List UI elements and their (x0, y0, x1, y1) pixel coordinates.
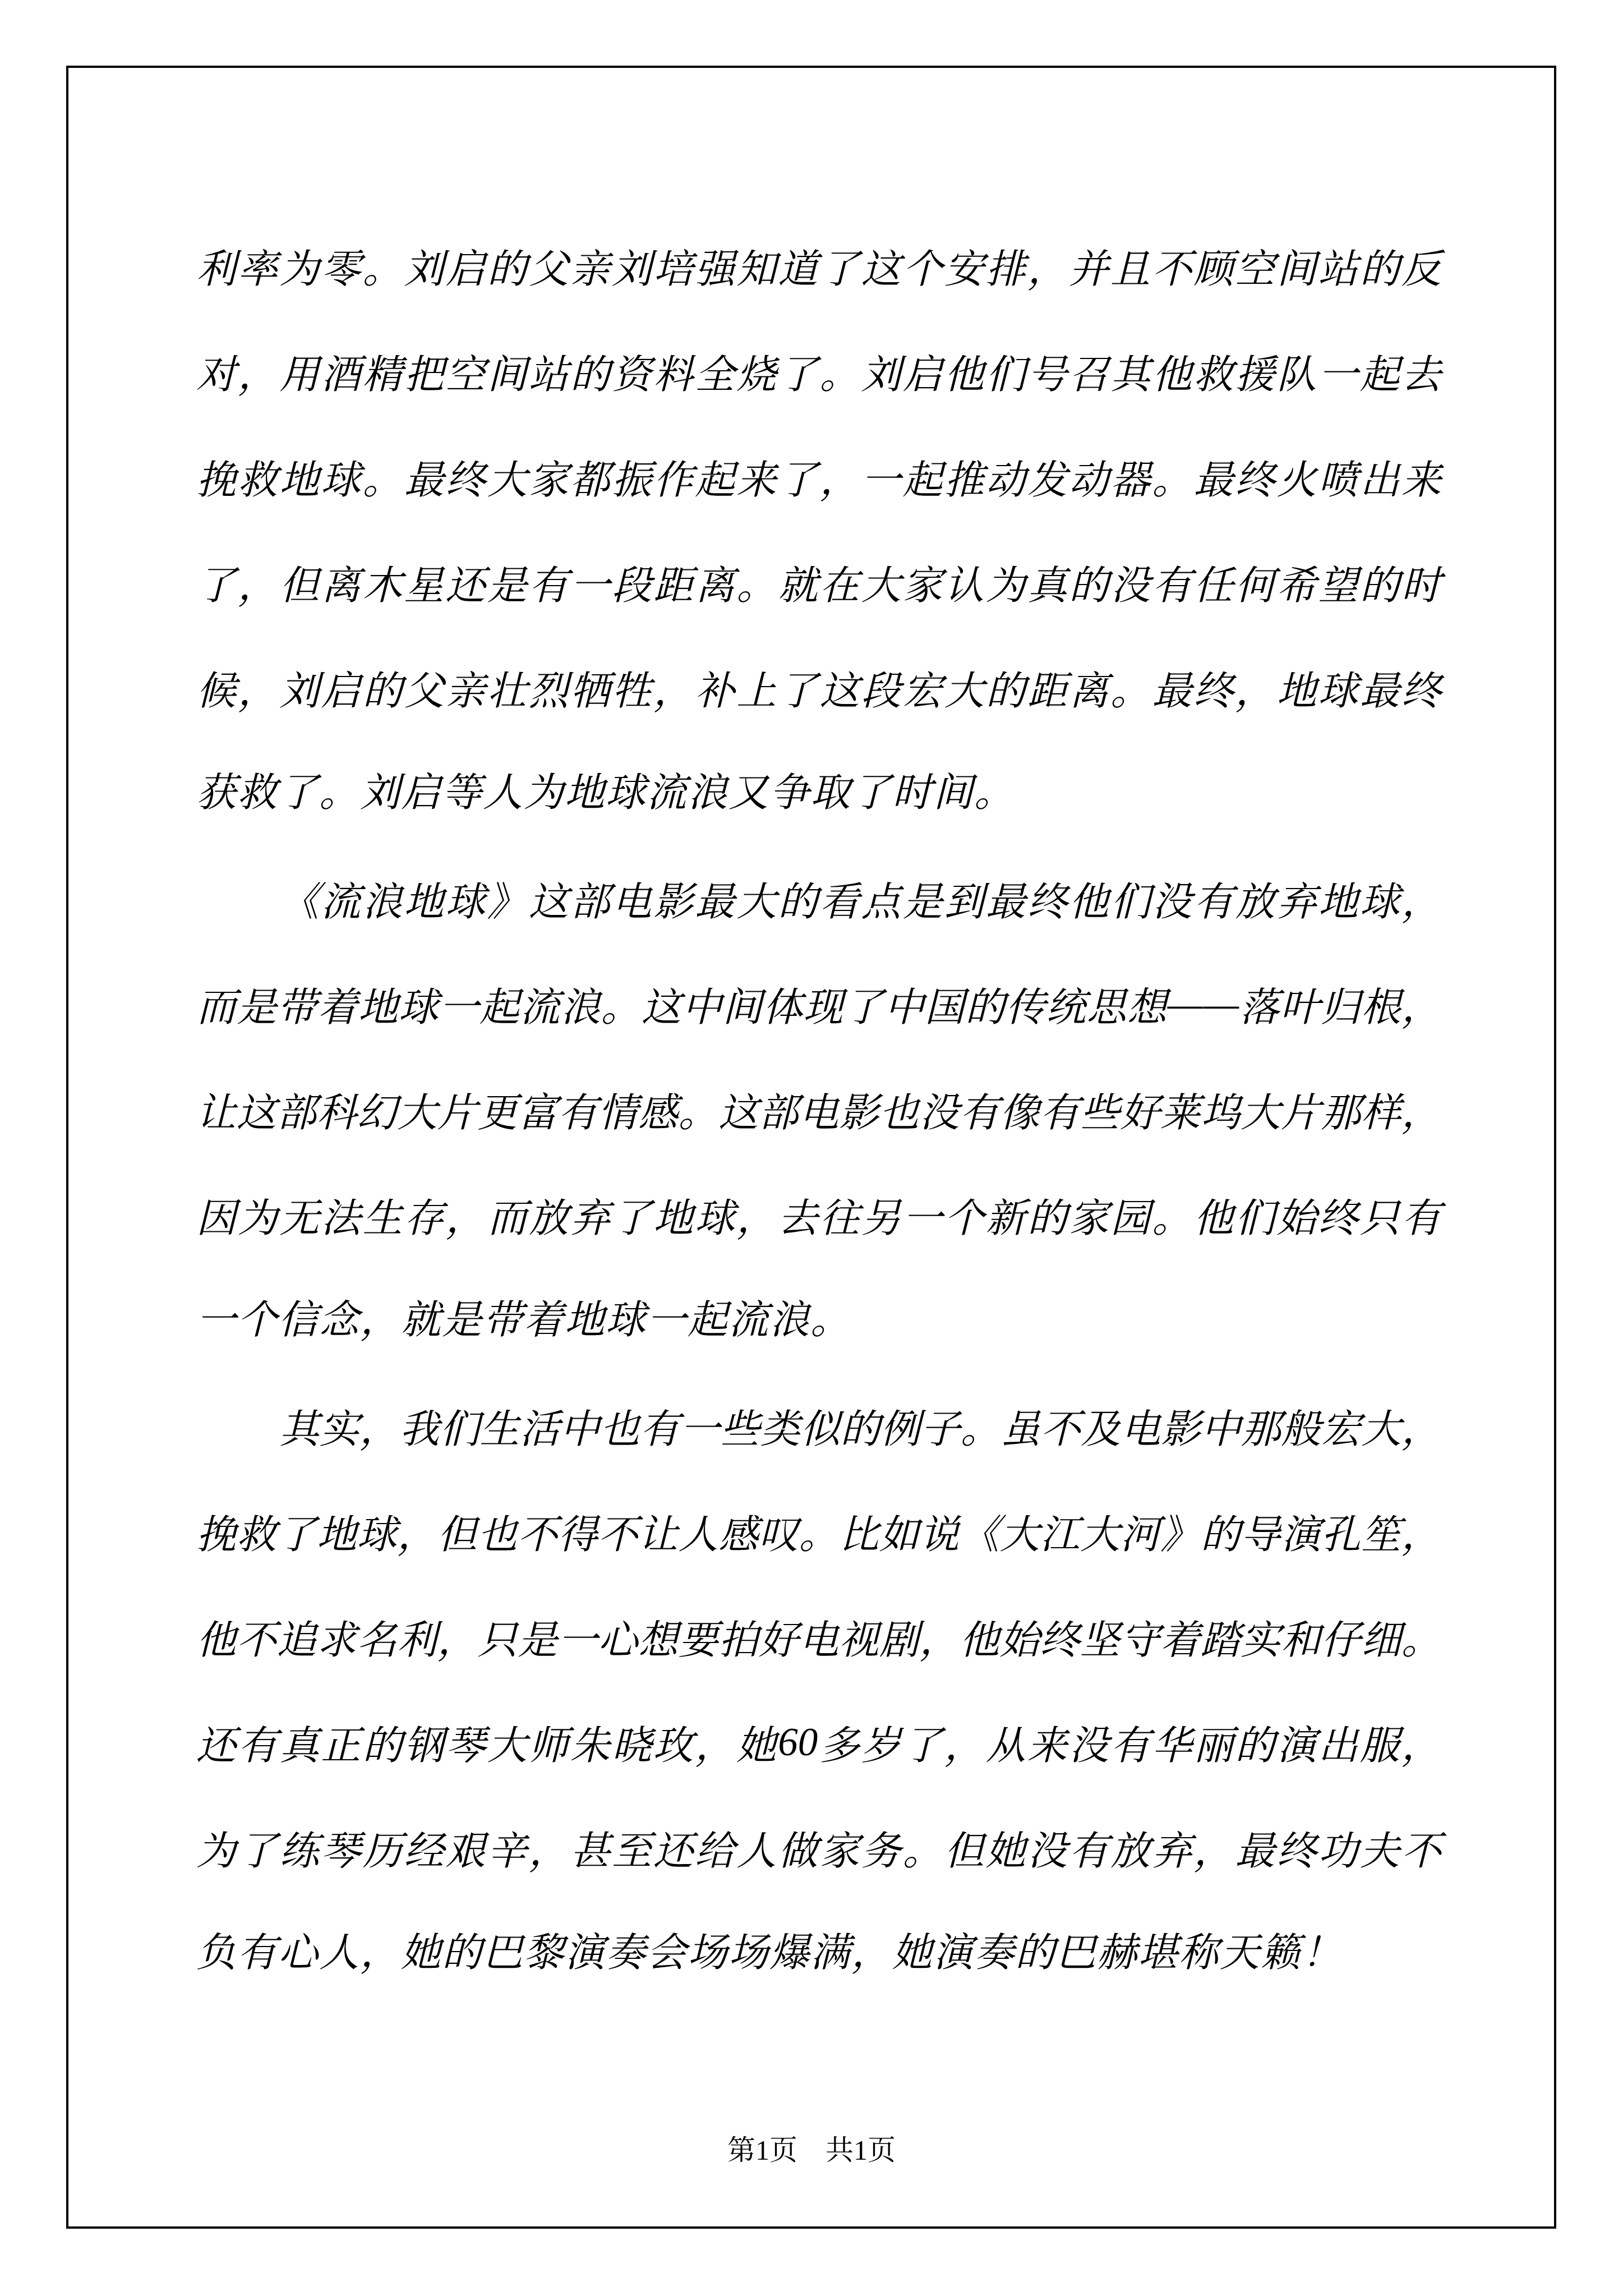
page-number-text: 第1页 共1页 (727, 2134, 896, 2166)
text-line: 挽救了地球，但也不得不让人感叹。比如说《大江大河》的导演孔笙， (196, 1479, 1441, 1584)
text-line: 其实，我们生活中也有一些类似的例子。虽不及电影中那般宏大， (196, 1373, 1441, 1479)
text-line: 因为无法生存，而放弃了地球，去往另一个新的家园。他们始终只有 (196, 1162, 1441, 1268)
text-line: 让这部科幻大片更富有情感。这部电影也没有像有些好莱坞大片那样， (196, 1057, 1441, 1162)
text-line: 负有心人，她的巴黎演奏会场场爆满，她演奏的巴赫堪称天籁！ (196, 1901, 1441, 2006)
text-line: 还有真正的钢琴大师朱晓玫，她60多岁了，从来没有华丽的演出服， (196, 1690, 1441, 1795)
text-line: 而是带着地球一起流浪。这中间体现了中国的传统思想——落叶归根， (196, 951, 1441, 1057)
text-line: 一个信念，就是带着地球一起流浪。 (196, 1268, 1441, 1373)
text-line: 了，但离木星还是有一段距离。就在大家认为真的没有任何希望的时 (196, 530, 1441, 635)
text-line: 《流浪地球》这部电影最大的看点是到最终他们没有放弃地球， (196, 846, 1441, 951)
text-line: 对，用酒精把空间站的资料全烧了。刘启他们号召其他救援队一起去 (196, 319, 1441, 424)
text-line: 挽救地球。最终大家都振作起来了，一起推动发动器。最终火喷出来 (196, 424, 1441, 530)
essay-body: 利率为零。刘启的父亲刘培强知道了这个安排，并且不顾空间站的反对，用酒精把空间站的… (196, 213, 1441, 2006)
text-line: 他不追求名利，只是一心想要拍好电视剧，他始终坚守着踏实和仔细。 (196, 1584, 1441, 1690)
text-line: 为了练琴历经艰辛，甚至还给人做家务。但她没有放弃，最终功夫不 (196, 1795, 1441, 1901)
text-line: 利率为零。刘启的父亲刘培强知道了这个安排，并且不顾空间站的反 (196, 213, 1441, 319)
page-footer: 第1页 共1页 (0, 2128, 1623, 2168)
text-line: 候，刘启的父亲壮烈牺牲，补上了这段宏大的距离。最终，地球最终 (196, 635, 1441, 740)
text-line: 获救了。刘启等人为地球流浪又争取了时间。 (196, 740, 1441, 846)
